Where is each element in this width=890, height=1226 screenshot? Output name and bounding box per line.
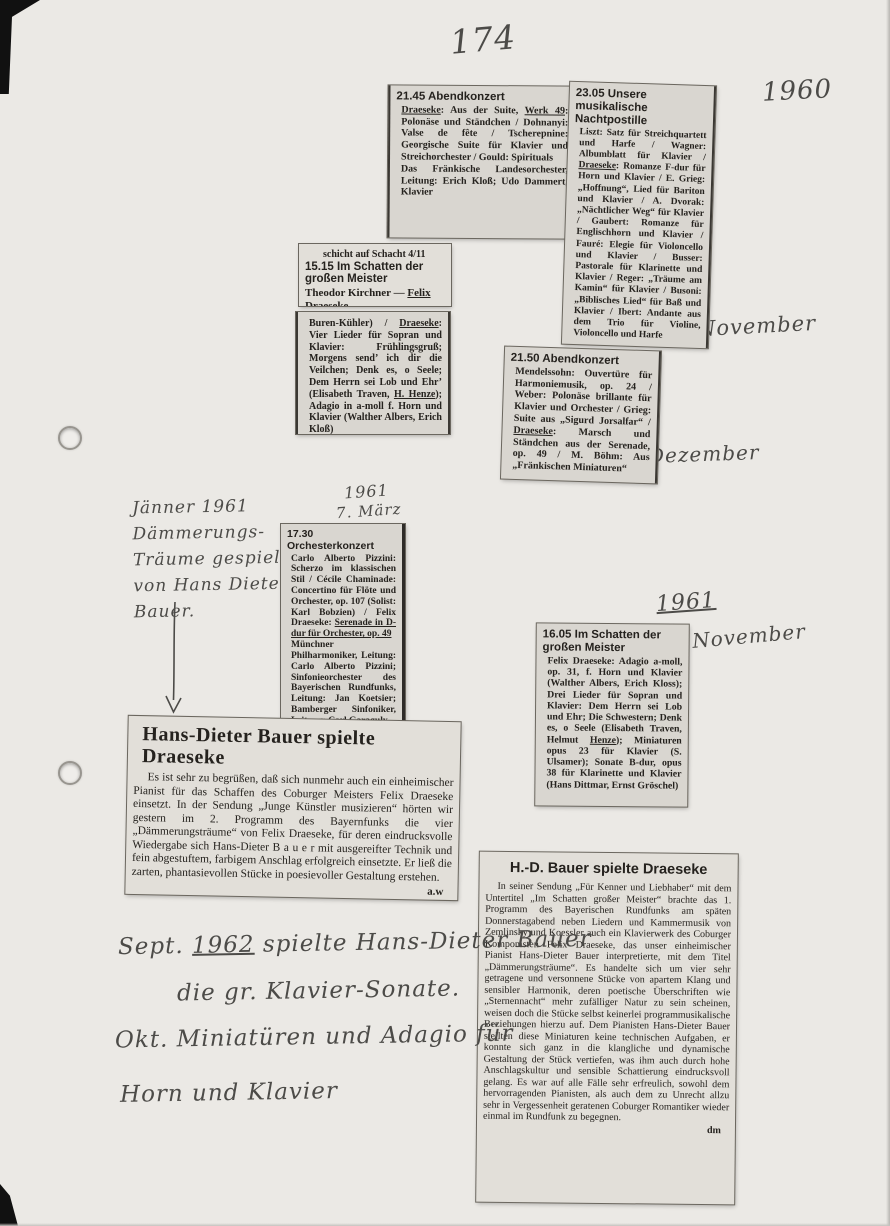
article-body: Es ist sehr zu begrüßen, daß sich nunmeh… [132, 771, 454, 886]
clipping-2150-abendkonzert: 21.50 Abendkonzert Mendelssohn: Ouvertür… [501, 347, 661, 484]
handwritten-okt-note-line2: Horn und Klavier [120, 1078, 338, 1108]
punch-hole-top [58, 426, 82, 450]
handwritten-november-1: November [696, 311, 816, 341]
handwritten-january-note: Jänner 1961 Dämmerungs- Träume gespielt … [132, 493, 290, 626]
clipping-title: 16.05 Im Schatten der großen Meister [543, 628, 683, 655]
clipping-1730-orchesterkonzert: 17.30 Orchesterkonzert Carlo Alberto Piz… [281, 524, 405, 720]
article-signature: dm [483, 1122, 729, 1136]
handwritten-okt-note-line1: Okt. Miniatüren und Adagio für [115, 1021, 514, 1054]
clipping-body: Felix Draeseke: Adagio a-moll, op. 31, f… [541, 655, 682, 791]
handwritten-march-date: 7. März [335, 500, 402, 523]
article-body: In seiner Sendung „Für Kenner und Liebha… [483, 881, 732, 1125]
article-headline: H.-D. Bauer spielte Draeseke [486, 857, 732, 884]
scan-corner-mark-top-left [0, 0, 40, 94]
clipping-title: 23.05 Unsere musikalische Nachtpostille [575, 87, 708, 130]
clipping-body: Carlo Alberto Pizzini: Scherzo im klassi… [287, 554, 396, 721]
note-line: Jänner 1961 [132, 493, 288, 522]
page-number: 174 [448, 17, 517, 62]
clipping-1605-schatten: 16.05 Im Schatten der großen Meister Fel… [535, 623, 689, 806]
note-line: von Hans Dieter [133, 571, 289, 600]
handwritten-november-2: November [691, 619, 807, 653]
clipping-1515-schatten-header: schicht auf Schacht 4/11 15.15 Im Schatt… [299, 244, 451, 306]
handwritten-sept-note-line2: die gr. Klavier-Sonate. [177, 976, 461, 1007]
clipping-fragment: schicht auf Schacht 4/11 [305, 249, 445, 261]
clipping-title: 21.45 Abendkonzert [396, 90, 568, 104]
article-headline: Hans-Dieter Bauer spielte Draeseke [134, 721, 455, 777]
clipping-2145-abendkonzert: 21.45 Abendkonzert Draeseke: Aus der Sui… [387, 85, 574, 238]
clipping-2305-nachtpostille: 23.05 Unsere musikalische Nachtpostille … [562, 82, 716, 348]
note-line: Dämmerungs- [132, 519, 288, 548]
clipping-1515-schatten-body: Buren-Kühler) / Draeseke: Vier Lieder fü… [296, 312, 450, 434]
handwritten-year-1961: 1961 [655, 588, 717, 617]
note-line: Träume gespielt [133, 545, 289, 574]
scan-corner-mark-bottom-left [0, 1184, 18, 1226]
clipping-article-bauer: Hans-Dieter Bauer spielte Draeseke Es is… [125, 716, 460, 900]
clipping-body: Mendelssohn: Ouvertüre für Harmoniemusik… [507, 366, 652, 477]
clipping-body: Buren-Kühler) / Draeseke: Vier Lieder fü… [304, 318, 442, 434]
clipping-body: Liszt: Satz für Streichquartett und Harf… [568, 127, 707, 344]
scan-edge-shadow-right [886, 0, 890, 1226]
scrapbook-page: 174 1960 November Dezember Jänner 1961 D… [0, 0, 890, 1226]
clipping-title: 15.15 Im Schatten der großen Meister [305, 261, 445, 287]
arrow-down-icon [160, 600, 188, 716]
clipping-subtitle: Theodor Kirchner — Felix Draeseke [305, 287, 445, 306]
handwritten-dezember: Dezember [648, 440, 760, 468]
clipping-title: 17.30 Orchesterkonzert [287, 529, 396, 553]
clipping-body: Draeseke: Aus der Suite, Werk 49: Polonä… [396, 104, 569, 200]
handwritten-march-year: 1961 [343, 480, 389, 502]
clipping-article-hd-bauer: H.-D. Bauer spielte Draeseke In seiner S… [476, 852, 738, 1205]
handwritten-year-1960: 1960 [761, 74, 833, 108]
punch-hole-bottom [58, 761, 82, 785]
note-line: Bauer. [134, 597, 290, 626]
